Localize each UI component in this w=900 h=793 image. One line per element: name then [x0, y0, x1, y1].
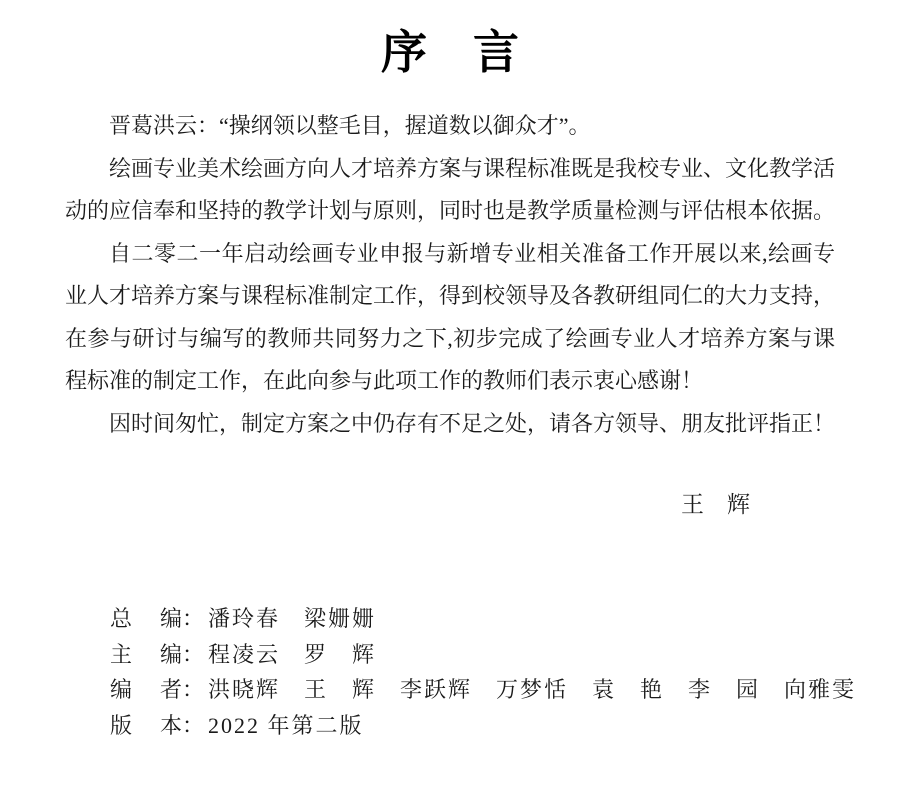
- credit-value-general-editor: 潘玲春 梁姗姗: [208, 606, 376, 631]
- credit-label-chief-editor: 主编: [110, 637, 182, 673]
- credit-colon: ：: [182, 642, 204, 667]
- credit-row-general-editor: 总编：潘玲春 梁姗姗: [110, 601, 900, 637]
- signature: 王 辉: [0, 489, 900, 521]
- preface-paragraph-thanks: 自二零二一年启动绘画专业申报与新增专业相关准备工作开展以来,绘画专业人才培养方案…: [65, 233, 835, 403]
- credit-row-authors: 编者：洪晓辉 王 辉 李跃辉 万梦恬 袁 艳 李 园 向雅雯: [110, 672, 900, 708]
- credit-colon: ：: [182, 677, 204, 702]
- credit-label-edition: 版本: [110, 708, 182, 744]
- page-title: 序 言: [0, 22, 900, 82]
- credit-value-authors: 洪晓辉 王 辉 李跃辉 万梦恬 袁 艳 李 园 向雅雯: [208, 677, 856, 702]
- credits-block: 总编：潘玲春 梁姗姗 主编：程凌云 罗 辉 编者：洪晓辉 王 辉 李跃辉 万梦恬…: [110, 601, 900, 743]
- credit-row-chief-editor: 主编：程凌云 罗 辉: [110, 637, 900, 673]
- preface-paragraph-quote: 晋葛洪云：“操纲领以整毛目，握道数以御众才”。: [65, 105, 835, 148]
- preface-paragraph-apology: 因时间匆忙，制定方案之中仍存有不足之处，请各方领导、朋友批评指正！: [65, 403, 835, 446]
- credit-colon: ：: [182, 606, 204, 631]
- credit-value-chief-editor: 程凌云 罗 辉: [208, 642, 376, 667]
- credit-label-authors: 编者: [110, 672, 182, 708]
- preface-body: 晋葛洪云：“操纲领以整毛目，握道数以御众才”。 绘画专业美术绘画方向人才培养方案…: [65, 105, 835, 445]
- credit-value-edition: 2022 年第二版: [208, 713, 364, 738]
- credit-label-general-editor: 总编: [110, 601, 182, 637]
- credit-row-edition: 版本：2022 年第二版: [110, 708, 900, 744]
- preface-paragraph-standards: 绘画专业美术绘画方向人才培养方案与课程标准既是我校专业、文化教学活动的应信奉和坚…: [65, 148, 835, 233]
- credit-colon: ：: [182, 713, 204, 738]
- document-page: 序 言 晋葛洪云：“操纲领以整毛目，握道数以御众才”。 绘画专业美术绘画方向人才…: [0, 22, 900, 793]
